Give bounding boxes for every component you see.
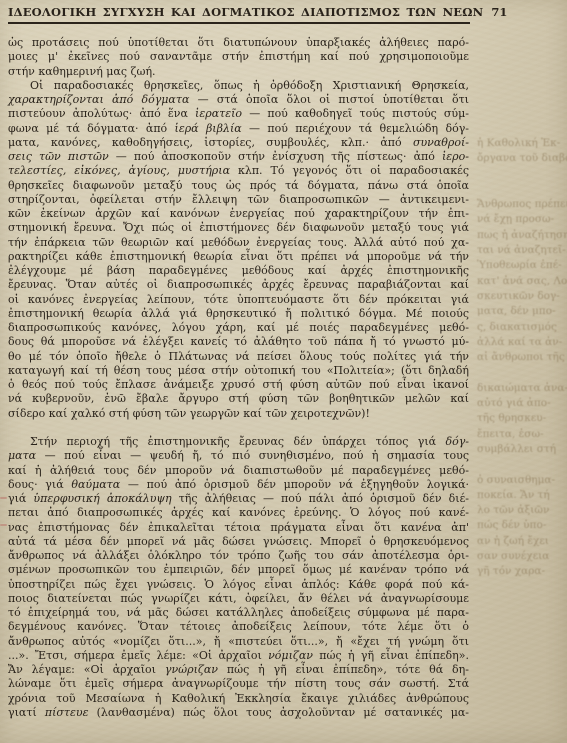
- ghost-text-line: [477, 595, 567, 610]
- text-line: αὐτά τά μέσα δέν μπορεῖ νά μᾶς δώσει γνώ…: [8, 535, 469, 549]
- ghost-text-line: [477, 656, 567, 671]
- ghost-text-line: [477, 580, 567, 595]
- text-line: διαπροσωπικούς κανόνες, λόγου χάρη, καί …: [8, 321, 469, 335]
- text-line: δους θά μποροῦσε νά ἐλέγξει κανείς τό ἀλ…: [8, 335, 469, 349]
- text-line: θο μέ τόν ὁποῖο ἤθελε ὁ Πλάτωνας νά πείσ…: [8, 350, 469, 364]
- text-line: μοιες μ' ἐκεῖνες πού σαναντᾶμε στήν ἐπισ…: [8, 50, 469, 64]
- text-line: ἄνθρωπος αὐτός «νομίζει ὅτι...», ἤ «πιστ…: [8, 635, 469, 649]
- margin-pencil-mark: [0, 524, 7, 526]
- ghost-text-line: [477, 182, 567, 197]
- text-line: Οἱ παραδοσιακές θρησκεῖες, ὅπως ἡ ὀρθόδο…: [8, 79, 469, 93]
- ghost-text-line: ματα, δέν μπο-: [477, 304, 567, 319]
- ghost-text-line: [477, 671, 567, 686]
- text-line: γιά ὑπερφυσική ἀποκάλυψη τῆς ἀλήθειας — …: [8, 492, 469, 506]
- ghost-text-line: [477, 167, 567, 182]
- ghost-text-line: Ὑποθεωρία ἐπέ-: [477, 258, 567, 273]
- ghost-text-line: ς, διακατισμός: [477, 320, 567, 335]
- ghost-text-line: πως ἡ ἀναζήτηση: [477, 228, 567, 243]
- text-line: τήν ἐπάρκεια τῶν θεωριῶν καί μεθόδων ἐνε…: [8, 236, 469, 250]
- text-line: στηρίζονται, ὀφείλεται στήν ἔλλειψη τῶν …: [8, 193, 469, 207]
- ghost-text-line: νά ἔχῃ προσω-: [477, 212, 567, 227]
- ghost-text-line: γῆ τόν χαρα-: [477, 564, 567, 579]
- text-line: κῶν ἐκείνων ἀρχῶν καί κανόνων ἐνεργείας …: [8, 207, 469, 221]
- ghost-text-line: λο τῶν ἀξιῶν: [477, 503, 567, 518]
- text-line: σεις τῶν πιστῶν — πού ἀποσκοποῦν στήν ἐν…: [8, 150, 469, 164]
- ghost-text-line: αἱ ἄνθρωποι τῆς: [477, 350, 567, 365]
- ghost-text-line: [477, 365, 567, 380]
- text-line: γιατί πίστευε (λανθασμένα) πώς ὅλοι τους…: [8, 706, 469, 720]
- text-line: οἱ κανόνες ἐνεργείας λείπουν, τότε ὑποπτ…: [8, 293, 469, 307]
- ghost-text-line: ἀλλά καί τα ἀν-: [477, 335, 567, 350]
- ghost-text-line: αν ἡ ζωή ἔχει: [477, 534, 567, 549]
- text-line: σμένων προσωπικῶν του ἐμπειριῶν, δέν μπο…: [8, 563, 469, 577]
- text-line: θρησκεῖες διαφωνοῦν μεταξύ τους ὡς πρός …: [8, 179, 469, 193]
- ghost-text-line: αὐτό γιά ἀπο-: [477, 396, 567, 411]
- ghost-text-line: [477, 641, 567, 656]
- ghost-text-line: σαν συνέχεια: [477, 549, 567, 564]
- margin-pencil-mark: [0, 497, 7, 499]
- text-line: δους· γιά θαύματα — πού ἀπό ὁρισμοῦ δέν …: [8, 478, 469, 492]
- text-line: ματα, κανόνες, καθοδηγήσεις, ἱστορίες, σ…: [8, 136, 469, 150]
- text-line: δεγμένους κανόνες. Ὅταν τέτοιες ἀποδείξε…: [8, 620, 469, 634]
- text-line: στήν καθημερινή μας ζωή.: [8, 65, 469, 79]
- text-line: ποιος διατείνεται πώς γνωρίζει κάτι, ὀφε…: [8, 592, 469, 606]
- text-line: λώναμε ὅτι ἐμεῖς σήμερα ἀναγνωρίζουμε τή…: [8, 677, 469, 691]
- ink-setoff-ghost-text: ἡ Καθολική Ἐκ-ὄργανα τοῦ διαβό- Ἄνθρωπος…: [477, 136, 567, 687]
- ghost-text-line: πώς δέν ὑπο-: [477, 518, 567, 533]
- ghost-text-line: ὁ συναισθημα-: [477, 473, 567, 488]
- text-line: φωνα μέ τά δόγματα· ἀπό ἱερά βιβλία — πο…: [8, 122, 469, 136]
- text-line: καταγωγή καί τή θέση τους μέσα στήν οὐτο…: [8, 364, 469, 378]
- page-title: ΙΔΕΟΛΟΓΙΚΗ ΣΥΓΧΥΣΗ ΚΑΙ ΔΟΓΜΑΤΙΚΟΣ ΔΙΑΠΟΤ…: [8, 5, 483, 19]
- body-text: ὡς προτάσεις πού ὑποτίθεται ὅτι διατυπών…: [8, 36, 469, 720]
- text-line: ὡς προτάσεις πού ὑποτίθεται ὅτι διατυπών…: [8, 36, 469, 50]
- text-line: ἔρευνας. Ὅταν αὐτές οἱ διαπροσωπικές ἀρχ…: [8, 278, 469, 292]
- scanned-book-page: ΙΔΕΟΛΟΓΙΚΗ ΣΥΓΧΥΣΗ ΚΑΙ ΔΟΓΜΑΤΙΚΟΣ ΔΙΑΠΟΤ…: [0, 0, 567, 743]
- text-line: ἄνθρωπος νά ἀλλάξει ὁλόκληρο τόν τρόπο ζ…: [8, 549, 469, 563]
- ghost-text-line: σκευτικῶν δογ-: [477, 289, 567, 304]
- text-line: νας ἐπιστήμονας δέν ἐπικαλεῖται τέτοια π…: [8, 521, 469, 535]
- text-line: ὁ θεός πού τούς ἔπλασε ἀνάμειξε χρυσό στ…: [8, 378, 469, 392]
- ghost-text-line: συμβάλλει στή: [477, 442, 567, 457]
- text-line: ρακτηρίζει κάθε ἐπιστημονική θεωρία εἶνα…: [8, 250, 469, 264]
- ghost-text-line: [477, 457, 567, 472]
- text-line: τελεστίες, εἰκόνες, ἁγίους, μυστήρια κλπ…: [8, 164, 469, 178]
- ghost-text-line: [477, 610, 567, 625]
- ghost-text-line: Ἄνθρωπος πρέπει: [477, 197, 567, 212]
- text-line: νά κυβερνοῦν, ἐνῶ ἔβαλε ἄργυρο στή φύση …: [8, 392, 469, 406]
- text-line: ἐλέγχουμε μέ βάση παραδεγμένες μεθόδους …: [8, 264, 469, 278]
- running-head: ΙΔΕΟΛΟΓΙΚΗ ΣΥΓΧΥΣΗ ΚΑΙ ΔΟΓΜΑΤΙΚΟΣ ΔΙΑΠΟΤ…: [8, 5, 470, 24]
- ghost-text-line: τῆς θρησκευ-: [477, 411, 567, 426]
- text-line: Ἄν λέγαμε: «Οἱ ἀρχαῖοι γνώριζαν πώς ἡ γῆ…: [8, 663, 469, 677]
- text-line: χρόνια τοῦ Μεσαίωνα ἡ Καθολική Ἐκκλησία …: [8, 692, 469, 706]
- ghost-text-line: κατ' ἀνά σας, Λοι-: [477, 274, 567, 289]
- ghost-text-line: ὄργανα τοῦ διαβό-: [477, 151, 567, 166]
- text-line: καί ἡ ἀλήθειά τους δέν μποροῦν νά διαπισ…: [8, 464, 469, 478]
- paragraph: Οἱ παραδοσιακές θρησκεῖες, ὅπως ἡ ὀρθόδο…: [8, 79, 469, 421]
- text-line: ματα — πού εἶναι — ψευδή ἤ, τό πιό συνηθ…: [8, 449, 469, 463]
- text-line: τό ἐπιχείρημά του, νά μᾶς δώσει κατάλληλ…: [8, 606, 469, 620]
- text-line: χαρακτηρίζονται ἀπό δόγματα — στά ὁποῖα …: [8, 93, 469, 107]
- text-line: ὑποστηρίζει πώς ἔχει γνώσεις. Ὁ λόγος εἶ…: [8, 578, 469, 592]
- ghost-text-line: δικαιώματα ἀνα-: [477, 381, 567, 396]
- page-number: 71: [491, 5, 507, 19]
- text-line: πιστεύουν ἀπολύτως· ἀπό ἕνα ἱερατεῖο — π…: [8, 107, 469, 121]
- text-line: σίδερο καί χαλκό στή φύση τῶν γεωργῶν κα…: [8, 407, 469, 421]
- ghost-text-line: ται νά ἀναζητεῖ-: [477, 243, 567, 258]
- ghost-text-line: ἡ Καθολική Ἐκ-: [477, 136, 567, 151]
- paragraph: Στήν περιοχή τῆς ἐπιστημονικῆς ἔρευνας δ…: [8, 435, 469, 720]
- text-line: Στήν περιοχή τῆς ἐπιστημονικῆς ἔρευνας δ…: [8, 435, 469, 449]
- paragraph: ὡς προτάσεις πού ὑποτίθεται ὅτι διατυπών…: [8, 36, 469, 79]
- text-line: πεται ἀπό διαπροσωπικές ἀρχές καί κανόνε…: [8, 506, 469, 520]
- ghost-text-line: ποκεία. Ἄν τή: [477, 488, 567, 503]
- text-line: στημονική ἔρευνα. Ὄχι πώς οἱ ἐπιστήμονες…: [8, 221, 469, 235]
- text-line: ...». Ἔτσι, σήμερα ἐμεῖς λέμε: «Οἱ ἀρχαῖ…: [8, 649, 469, 663]
- ghost-text-line: ἔπειτα, ἐσω-: [477, 427, 567, 442]
- ghost-text-line: [477, 626, 567, 641]
- text-line: ἐπιστημονική θεωρία ἀλλά γιά θρησκευτικό…: [8, 307, 469, 321]
